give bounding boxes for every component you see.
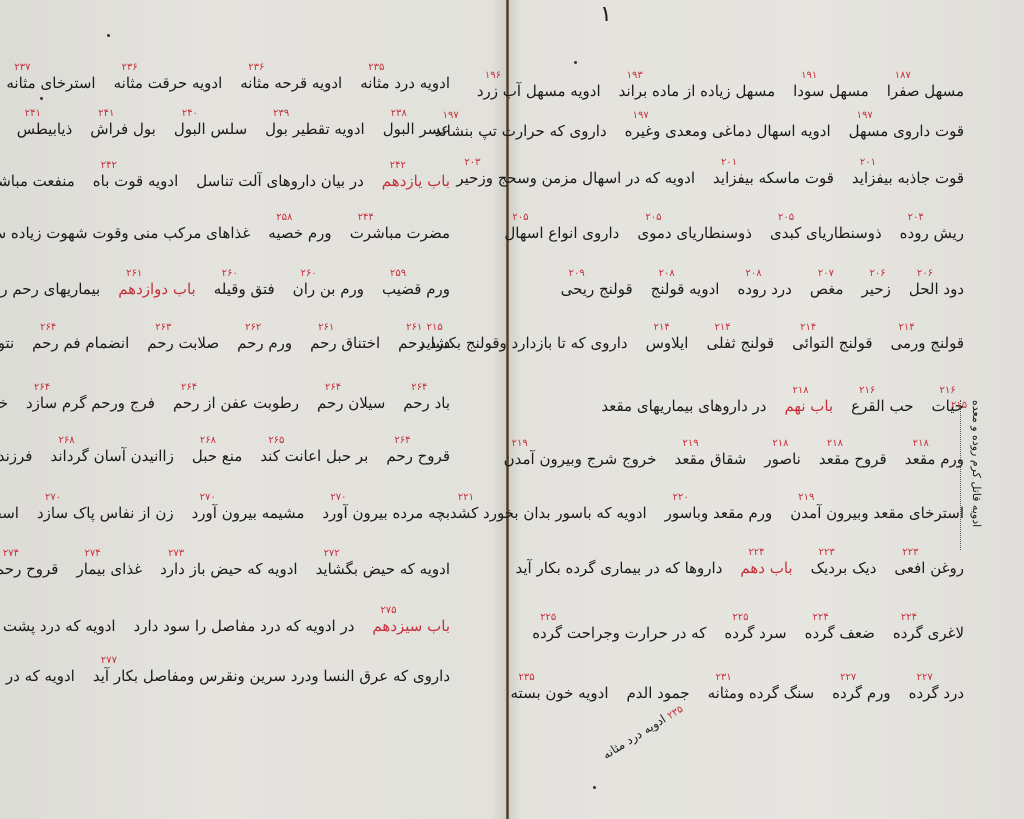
entry-term: قوت ماسکه بیفزاید (713, 168, 834, 188)
index-entry: ۲۲۷درد گرده (909, 672, 964, 703)
index-entry: در بیان داروهای آلت تناسل (196, 171, 364, 191)
ink-speck (107, 34, 110, 37)
entry-term: استرخای مثانه (6, 73, 95, 93)
page-reference-number: ۲۷۴ (0, 548, 58, 559)
chapter-heading: ۲۲۴باب دهم (740, 547, 792, 578)
index-row: ۲۷۰بچه مرده بیرون آورد۲۷۰مشیمه بیرون آور… (0, 492, 450, 523)
page-reference-number: ۲۶۴ (317, 382, 385, 393)
index-entry: ۲۲۵سرد گرده (724, 612, 786, 643)
index-entry: ۲۶۸زاانیدن آسان گرداند (50, 435, 173, 466)
index-entry: ۲۵۸ورم خصیه (268, 212, 331, 243)
page-reference-number: ۲۰۶ (862, 268, 891, 279)
index-entry: ۲۰۶دود الحل (909, 268, 964, 299)
index-row: ۲۷۵باب سیزدهمدر ادویه که درد مفاصل را سو… (0, 605, 450, 636)
page-reference-number: ۲۶۴ (32, 322, 129, 333)
index-entry: ۲۷۰اسقاط (0, 492, 19, 523)
entry-term: ناصور (764, 449, 800, 469)
page-reference-number: ۲۱۴ (706, 322, 774, 333)
entry-term: جمود الدم (627, 683, 690, 703)
index-entry: ۲۷۰بچه مرده بیرون آورد (322, 492, 450, 523)
page-reference-number: ۲۶۱ (118, 268, 196, 279)
entry-term: داروی انواع اسهال (504, 223, 619, 243)
entry-term: منع حبل (192, 446, 242, 466)
page-reference-number: ۲۵۸ (268, 212, 331, 223)
index-entry: ۲۳۸عسر البول (383, 108, 450, 139)
page-reference-number: ۲۲۴ (893, 612, 964, 623)
index-entry: داروها که در بیماری گرده بکار آید (515, 558, 722, 578)
page-reference-number: ۲۲۷ (832, 672, 891, 683)
index-entry: ۲۲۳دیک بردیک (811, 547, 877, 578)
index-entry: ۲۰۷مغص (810, 268, 844, 299)
page-reference-number: ۲۶۲ (237, 322, 292, 333)
entry-term: ورم مقعد وباسور (665, 503, 773, 523)
index-entry: ۲۴۲ادویه قوت باه (93, 160, 179, 191)
entry-term: ادویه حرقت مثانه (114, 73, 223, 93)
page-reference-number: ۱۸۷ (887, 70, 964, 81)
page-reference-number: ۲۶۸ (50, 435, 173, 446)
page-reference-number: ۲۳۵ (360, 62, 450, 73)
page-reference-number: ۲۰۵ (770, 212, 882, 223)
entry-term: زن از نفاس پاک سازد (37, 503, 174, 523)
page-reference-number: ۲۲۳ (811, 547, 877, 558)
page-reference-number: ۲۰۱ (713, 157, 834, 168)
chapter-heading: ۲۴۲باب یازدهم (382, 160, 450, 191)
index-entry: ۲۶۴فرج ورحم گرم سازد (26, 382, 155, 413)
index-entry: ۲۰۴ریش روده (900, 212, 964, 243)
entry-term: ادویه قوت باه (93, 171, 179, 191)
entry-term: ایلاوس (646, 333, 689, 353)
index-entry: ۲۶۴نتو رحم (0, 322, 14, 353)
page-reference-number: ۲۷۶ (0, 605, 116, 616)
page-reference-number: ۲۶۴ (403, 382, 450, 393)
page-reference-number: ۲۷۰ (322, 492, 450, 503)
index-entry: ۲۷۰مشیمه بیرون آورد (192, 492, 305, 523)
index-entry: ۲۰۵داروی انواع اسهال (504, 212, 619, 243)
index-entry: ۲۷۳ادویه که حیض باز دارد (160, 548, 298, 579)
index-entry: ۱۹۱مسهل سودا (793, 70, 869, 101)
entry-term: ورم قضیب (382, 279, 450, 299)
page-reference-number: ۲۱۸ (764, 438, 800, 449)
page-reference-number: ۲۱۹ (504, 438, 657, 449)
entry-term: ورم خصیه (268, 223, 331, 243)
index-entry: ۲۱۴قولنج ورمی (891, 322, 965, 353)
index-entry: ۲۶۴انضمام فم رحم (32, 322, 129, 353)
index-entry: ۲۱۴ایلاوس (646, 322, 689, 353)
page-reference-number: ۲۳۶ (114, 62, 223, 73)
page-reference-number: ۲۶۴ (0, 322, 14, 333)
index-entry: ۲۱۶حب القرع (851, 385, 913, 416)
page-reference-number: ۲۶۴ (173, 382, 299, 393)
page-reference-number: ۲۴۱ (90, 108, 156, 119)
entry-term: باب نهم (784, 396, 833, 416)
entry-term: حب القرع (851, 396, 913, 416)
page-reference-number: ۲۱۹ (674, 438, 746, 449)
index-entry: ۲۶۴رطوبت عفن از رحم (173, 382, 299, 413)
page-reference-number: ۲۳۱ (708, 672, 815, 683)
entry-term: غذای بیمار (76, 559, 142, 579)
index-entry: ۲۶۳صلابت رحم (147, 322, 219, 353)
entry-term: استرخای مقعد وبیرون آمدن (790, 503, 964, 523)
page-reference-number: ۲۱۸ (905, 438, 964, 449)
page-reference-number: ۲۰۸ (737, 268, 791, 279)
index-row: ۲۵۹ورم قضیب۲۶۰ورم بن ران۲۶۰فتق وقیله۲۶۱ب… (0, 268, 450, 299)
page-reference-number: ۲۲۳ (894, 547, 964, 558)
entry-term: مسهل زیاده از ماده براند (619, 81, 776, 101)
index-entry: ۲۱۸ورم مقعد (905, 438, 964, 469)
index-entry: ۲۶۴خون از رحم باز دارد (0, 382, 8, 413)
index-entry: ۲۳۷استرخای مثانه (6, 62, 95, 93)
entry-term: سنگ گرده ومثانه (708, 683, 815, 703)
index-entry: ۲۶۴باد رحم (403, 382, 450, 413)
entry-term: صلابت رحم (147, 333, 219, 353)
entry-term: فرج ورحم گرم سازد (26, 393, 155, 413)
manuscript-spread: ۱ ۱۸۷مسهل صفرا۱۹۱مسهل سودا۱۹۳مسهل زیاده … (0, 0, 1024, 819)
index-entry: ۲۳۹ادویه تقطیر بول (265, 108, 365, 139)
page-reference-number: ۲۷۴ (76, 548, 142, 559)
page-reference-number: ۲۴۴ (350, 212, 450, 223)
page-reference-number: ۱۹۱ (793, 70, 869, 81)
page-reference-number: ۲۶۰ (214, 268, 275, 279)
entry-term: در داروهای بیماریهای مقعد (601, 396, 766, 416)
index-entry: در ادویه که درد مفاصل را سود دارد (134, 616, 355, 636)
page-reference-number: ۲۲۵ (532, 612, 706, 623)
entry-term: دیک بردیک (811, 558, 877, 578)
entry-term: عسر البول (383, 119, 450, 139)
entry-term: ادویه درد مثانه (360, 73, 450, 93)
entry-term: لاغری گرده (893, 623, 964, 643)
page-reference-number: ۲۷۲ (316, 548, 450, 559)
index-entry: ۲۷۲ادویه که حیض بگشاید (316, 548, 450, 579)
index-entry: ۲۲۵که در حرارت وجراحت گرده (532, 612, 706, 643)
index-entry: ۲۷۶ادویه که درد پشت را نافع بود (0, 605, 116, 636)
entry-term: ادویه که حیض بگشاید (316, 559, 450, 579)
page-reference-number: ۲۱۶ (851, 385, 913, 396)
page-reference-number: ۲۰۷ (810, 268, 844, 279)
entry-term: بول فراش (90, 119, 156, 139)
entry-term: غذاهای مرکب منی وقوت شهوت زیاده سازد (0, 223, 250, 243)
index-entry: ۲۴۱بول فراش (90, 108, 156, 139)
index-entry: ۲۰۵ذوسنطاریای دموی (637, 212, 752, 243)
entry-term: خون از رحم باز دارد (0, 393, 8, 413)
index-entry: جمود الدم (627, 683, 690, 703)
index-entry: ۲۴۰سلس البول (174, 108, 247, 139)
entry-term: ورم بن ران (293, 279, 364, 299)
page-reference-number: ۲۶۴ (386, 435, 450, 446)
page-reference-number: ۲۶۱ (398, 322, 450, 333)
entry-term: انضمام فم رحم (32, 333, 129, 353)
page-reference-number: ۱۹۷ (849, 110, 964, 121)
page-reference-number: ۲۷۵ (372, 605, 450, 616)
index-entry: ۲۳۶ادویه قرحه مثانه (240, 62, 342, 93)
index-entry: ۲۲۷ورم گرده (832, 672, 891, 703)
entry-term: ادویه تقطیر بول (265, 119, 365, 139)
page-reference-number: ۲۴۱ (17, 108, 73, 119)
page-reference-number: ۲۰۱ (852, 157, 964, 168)
entry-term: ذوسنطاریای دموی (637, 223, 752, 243)
page-reference-number: ۲۵۰ (0, 212, 250, 223)
page-reference-number: ۲۷۷ (93, 655, 450, 666)
page-reference-number: ۲۲۰ (665, 492, 773, 503)
index-entry: ۲۶۴سیلان رحم (317, 382, 385, 413)
entry-term: قوت داروی مسهل (849, 121, 964, 141)
entry-term: زحیر (862, 279, 891, 299)
page-reference-number: ۲۰۶ (909, 268, 964, 279)
entry-term: ادویه قرحه مثانه (240, 73, 342, 93)
entry-term: زاانیدن آسان گرداند (50, 446, 173, 466)
page-reference-number: ۲۷۰ (0, 492, 19, 503)
index-entry: ۱۸۷مسهل صفرا (887, 70, 964, 101)
index-row: ۲۰۶دود الحل۲۰۶زحیر۲۰۷مغص۲۰۸درد روده۲۰۸اد… (561, 268, 964, 299)
page-reference-number: ۲۵۹ (382, 268, 450, 279)
index-entry: ۲۰۶زحیر (862, 268, 891, 299)
entry-term: قروح رحم (0, 559, 58, 579)
entry-term: شقاق مقعد (674, 449, 746, 469)
entry-term: درد روده (737, 279, 791, 299)
entry-term: قولنج التوائی (792, 333, 872, 353)
index-row: ۲۲۴لاغری گرده۲۲۴ضعف گرده۲۲۵سرد گرده۲۲۵که… (532, 612, 964, 643)
index-entry: ۲۱۹خروج شرج وبیرون آمدن (504, 438, 657, 469)
page-reference-number: ۲۶۴ (0, 382, 8, 393)
page-reference-number: ۲۶۴ (26, 382, 155, 393)
entry-term: سرد گرده (724, 623, 786, 643)
index-entry: ۲۶۲ورم رحم (237, 322, 292, 353)
entry-term: مشیمه بیرون آورد (192, 503, 305, 523)
index-row: ۱۸۷مسهل صفرا۱۹۱مسهل سودا۱۹۳مسهل زیاده از… (477, 70, 964, 101)
index-entry: بیماریهای رحم را سود دارد (0, 279, 100, 299)
index-entry: ۲۳۱سنگ گرده ومثانه (708, 672, 815, 703)
page-reference-number: ۲۶۰ (293, 268, 364, 279)
page-reference-number: ۱۹۷ (625, 110, 831, 121)
index-entry: ۲۱۸ناصور (764, 438, 800, 469)
index-row: ۲۶۴قروح رحم۲۶۵بر حبل اعانت کند۲۶۸منع حبل… (0, 435, 450, 466)
entry-term: خروج شرج وبیرون آمدن (504, 449, 657, 469)
index-entry: ۱۹۷قوت داروی مسهل (849, 110, 964, 141)
entry-term: ورم گرده (832, 683, 891, 703)
index-row: ۲۴۲باب یازدهمدر بیان داروهای آلت تناسل۲۴… (0, 160, 450, 191)
entry-term: ورم مقعد (905, 449, 964, 469)
index-entry: ۲۳۵ادویه درد مثانه (360, 62, 450, 93)
page-reference-number: ۲۱۸ (819, 438, 887, 449)
index-row: ۲۶۴باد رحم۲۶۴سیلان رحم۲۶۴رطوبت عفن از رح… (0, 382, 450, 413)
index-entry: ۲۲۰ورم مقعد وباسور (665, 492, 773, 523)
entry-term: قروح مقعد (819, 449, 887, 469)
index-entry: ۲۱۹شقاق مقعد (674, 438, 746, 469)
index-entry: ۲۶۵بر حبل اعانت کند (260, 435, 368, 466)
page-reference-number: ۲۴۴ (0, 160, 75, 171)
index-entry: ۲۲۴ضعف گرده (805, 612, 875, 643)
page-reference-number: ۲۳۵ (511, 672, 609, 683)
page-reference-number: ۲۱۴ (891, 322, 965, 333)
index-entry: ۲۷۰فرزند را بکشد (0, 435, 32, 466)
entry-term: رطوبت عفن از رحم (173, 393, 299, 413)
entry-term: که در حرارت وجراحت گرده (532, 623, 706, 643)
index-row: ۲۷۲ادویه که حیض بگشاید۲۷۳ادویه که حیض با… (0, 548, 450, 579)
index-row: ۲۳۸عسر البول۲۳۹ادویه تقطیر بول۲۴۰سلس الب… (17, 108, 450, 139)
page-reference-number: ۲۲۴ (740, 547, 792, 558)
entry-term: سیلان رحم (317, 393, 385, 413)
page-reference-number: ۲۰۵ (504, 212, 619, 223)
entry-term: بر حبل اعانت کند (260, 446, 368, 466)
index-entry: ۲۰۸درد روده (737, 268, 791, 299)
index-entry: ۲۵۹ورم قضیب (382, 268, 450, 299)
entry-term: باب یازدهم (382, 171, 450, 191)
entry-term: قولنج ثفلی (706, 333, 774, 353)
entry-term: ورم رحم (237, 333, 292, 353)
index-entry: ۲۱۸قروح مقعد (819, 438, 887, 469)
entry-term: قولنج ورمی (891, 333, 965, 353)
left-page: ۲۳۵ادویه درد مثانه۲۳۶ادویه قرحه مثانه۲۳۶… (0, 0, 505, 819)
entry-term: مسهل صفرا (887, 81, 964, 101)
index-entry: ۲۷۴قروح رحم (0, 548, 58, 579)
page-reference-number: ۲۳۹ (265, 108, 365, 119)
index-entry: ۲۲۳روغن افعی (894, 547, 964, 578)
entry-term: ادویه که درد پشت را نافع بود (0, 616, 116, 636)
entry-term: مسهل سودا (793, 81, 869, 101)
page-reference-number: ۱۹۳ (619, 70, 776, 81)
index-row: ۲۰۱قوت جاذبه بیفزاید۲۰۱قوت ماسکه بیفزاید… (456, 157, 964, 188)
index-entry: ۲۰۸ادویه قولنج (651, 268, 720, 299)
page-reference-number: ۲۱۴ (792, 322, 872, 333)
entry-term: ذوسنطاریای کبدی (770, 223, 882, 243)
page-reference-number: ۲۲۷ (909, 672, 964, 683)
entry-term: در ادویه که درد مفاصل را سود دارد (134, 616, 355, 636)
entry-term: داروی که عرق النسا ودرد سرین ونقرس ومفاص… (93, 666, 450, 686)
page-reference-number: ۲۶۳ (147, 322, 219, 333)
chapter-heading: ۲۱۸باب نهم (784, 385, 833, 416)
page-reference-number: ۲۱۴ (646, 322, 689, 333)
entry-term: فتق وقیله (214, 279, 275, 299)
entry-term: ضعف گرده (805, 623, 875, 643)
entry-term: بیماریهای رحم را سود دارد (0, 279, 100, 299)
index-row: ۲۱۶حیات۲۱۶حب القرع۲۱۸باب نهمدر داروهای ب… (601, 385, 964, 416)
entry-term: مضرت مباشرت (350, 223, 450, 243)
page-reference-number: ۲۴۲ (382, 160, 450, 171)
ink-speck (40, 97, 43, 100)
entry-term: سلس البول (174, 119, 247, 139)
entry-term: درد رحم (398, 333, 450, 353)
entry-term: مغص (810, 279, 844, 299)
page-reference-number: ۲۶۵ (260, 435, 368, 446)
page-reference-number: ۲۰۵ (637, 212, 752, 223)
entry-term: باب سیزدهم (372, 616, 450, 636)
index-entry: ۲۱۴قولنج التوائی (792, 322, 872, 353)
index-entry: ۲۸۱ادویه که در استخوان شکسته واز جای رفت… (0, 655, 75, 686)
entry-term: ادویه قولنج (651, 279, 720, 299)
page-reference-number: ۲۱۶ (932, 385, 965, 396)
entry-term: ریش روده (900, 223, 964, 243)
index-entry: ۲۷۰زن از نفاس پاک سازد (37, 492, 174, 523)
index-entry: ۲۶۱اختناق رحم (310, 322, 380, 353)
page-reference-number: ۲۷۰ (192, 492, 305, 503)
page-reference-number: ۲۲۵ (724, 612, 786, 623)
entry-term: باب دوازدهم (118, 279, 196, 299)
margin-note-number: ۲۱۵ (951, 400, 967, 411)
margin-note-text: ادویه قاتل کرم روده و معده (970, 400, 983, 527)
index-entry: در داروهای بیماریهای مقعد (601, 396, 766, 416)
page-reference-number: ۲۷۰ (37, 492, 174, 503)
entry-term: قولنج ریحی (561, 279, 633, 299)
index-entry: ۱۹۳مسهل زیاده از ماده براند (619, 70, 776, 101)
entry-term: ادویه خون بسته (511, 683, 609, 703)
index-entry: ۲۶۰فتق وقیله (214, 268, 275, 299)
entry-term: اسقاط (0, 503, 19, 523)
index-row: ۲۲۳روغن افعی۲۲۳دیک بردیک۲۲۴باب دهمداروها… (515, 547, 964, 578)
index-entry: ۲۵۰غذاهای مرکب منی وقوت شهوت زیاده سازد (0, 212, 250, 243)
page-reference-number: ۲۳۶ (240, 62, 342, 73)
index-entry: ۲۰۵ذوسنطاریای کبدی (770, 212, 882, 243)
page-reference-number: ۲۰۸ (651, 268, 720, 279)
entry-term: فرزند را بکشد (0, 446, 32, 466)
ink-speck (574, 61, 577, 64)
page-reference-number: ۲۶۱ (310, 322, 380, 333)
page-reference-number: ۲۳۸ (383, 108, 450, 119)
index-row: ۲۱۸ورم مقعد۲۱۸قروح مقعد۲۱۸ناصور۲۱۹شقاق م… (504, 438, 964, 469)
page-reference-number: ۲۱۹ (790, 492, 964, 503)
entry-term: باد رحم (403, 393, 450, 413)
index-row: ۲۱۹استرخای مقعد وبیرون آمدن۲۲۰ورم مقعد و… (450, 492, 964, 523)
page-reference-number: ۲۷۳ (160, 548, 298, 559)
entry-term: روغن افعی (894, 558, 964, 578)
entry-term: منفعت مباشرت (0, 171, 75, 191)
index-row: ۱۹۷قوت داروی مسهل۱۹۷ادویه اسهال دماغی وم… (435, 110, 964, 141)
entry-term: دود الحل (909, 279, 964, 299)
page-reference-number: ۲۴۲ (93, 160, 179, 171)
index-entry: ۲۰۹قولنج ریحی (561, 268, 633, 299)
page-reference-number: ۲۱۸ (784, 385, 833, 396)
index-entry: ۲۶۱درد رحم (398, 322, 450, 353)
page-reference-number: ۲۸۱ (0, 655, 75, 666)
index-entry: ۱۹۷ادویه اسهال دماغی ومعدی وغیره (625, 110, 831, 141)
entry-term: باب دهم (740, 558, 792, 578)
index-entry: ۲۱۴قولنج ثفلی (706, 322, 774, 353)
index-entry: ۲۳۶ادویه حرقت مثانه (114, 62, 223, 93)
index-row: ۲۴۴مضرت مباشرت۲۵۸ورم خصیه۲۵۰غذاهای مرکب … (0, 212, 450, 243)
entry-term: قوت جاذبه بیفزاید (852, 168, 964, 188)
index-entry: ۲۷۷داروی که عرق النسا ودرد سرین ونقرس وم… (93, 655, 450, 686)
index-entry: ۲۴۴مضرت مباشرت (350, 212, 450, 243)
index-entry: ۲۶۰ورم بن ران (293, 268, 364, 299)
index-entry: ۲۴۴منفعت مباشرت (0, 160, 75, 191)
index-row: ۲۰۴ریش روده۲۰۵ذوسنطاریای کبدی۲۰۵ذوسنطاری… (504, 212, 964, 243)
index-entry: ۲۰۱قوت ماسکه بیفزاید (713, 157, 834, 188)
index-entry: ۲۶۴قروح رحم (386, 435, 450, 466)
ink-speck (593, 786, 596, 789)
index-entry: ۲۱۹استرخای مقعد وبیرون آمدن (790, 492, 964, 523)
entry-term: ذیابیطس (17, 119, 73, 139)
entry-term: قروح رحم (386, 446, 450, 466)
entry-term: درد گرده (909, 683, 964, 703)
index-entry: ۲۰۱قوت جاذبه بیفزاید (852, 157, 964, 188)
entry-term: ادویه که در استخوان شکسته واز جای رفته ب… (0, 666, 75, 686)
right-page: ۱۸۷مسهل صفرا۱۹۱مسهل سودا۱۹۳مسهل زیاده از… (510, 0, 1024, 819)
page-reference-number: ۲۴۰ (174, 108, 247, 119)
page-reference-number: ۲۰۹ (561, 268, 633, 279)
index-row: ۲۷۷داروی که عرق النسا ودرد سرین ونقرس وم… (0, 655, 450, 686)
page-reference-number: ۲۰۴ (900, 212, 964, 223)
index-entry: ۲۴۱ذیابیطس (17, 108, 73, 139)
chapter-heading: ۲۷۵باب سیزدهم (372, 605, 450, 636)
entry-term: در بیان داروهای آلت تناسل (196, 171, 364, 191)
chapter-heading: ۲۶۱باب دوازدهم (118, 268, 196, 299)
index-entry: ۲۶۸منع حبل (192, 435, 242, 466)
index-row: ۲۲۷درد گرده۲۲۷ورم گرده۲۳۱سنگ گرده ومثانه… (511, 672, 965, 703)
page-reference-number: ۲۷۰ (0, 435, 32, 446)
index-entry: ۲۷۴غذای بیمار (76, 548, 142, 579)
entry-term: نتو رحم (0, 333, 14, 353)
index-row: ۲۶۱درد رحم۲۶۱اختناق رحم۲۶۲ورم رحم۲۶۳صلاب… (0, 322, 450, 353)
entry-term: ادویه اسهال دماغی ومعدی وغیره (625, 121, 831, 141)
page-reference-number: ۲۳۷ (6, 62, 95, 73)
